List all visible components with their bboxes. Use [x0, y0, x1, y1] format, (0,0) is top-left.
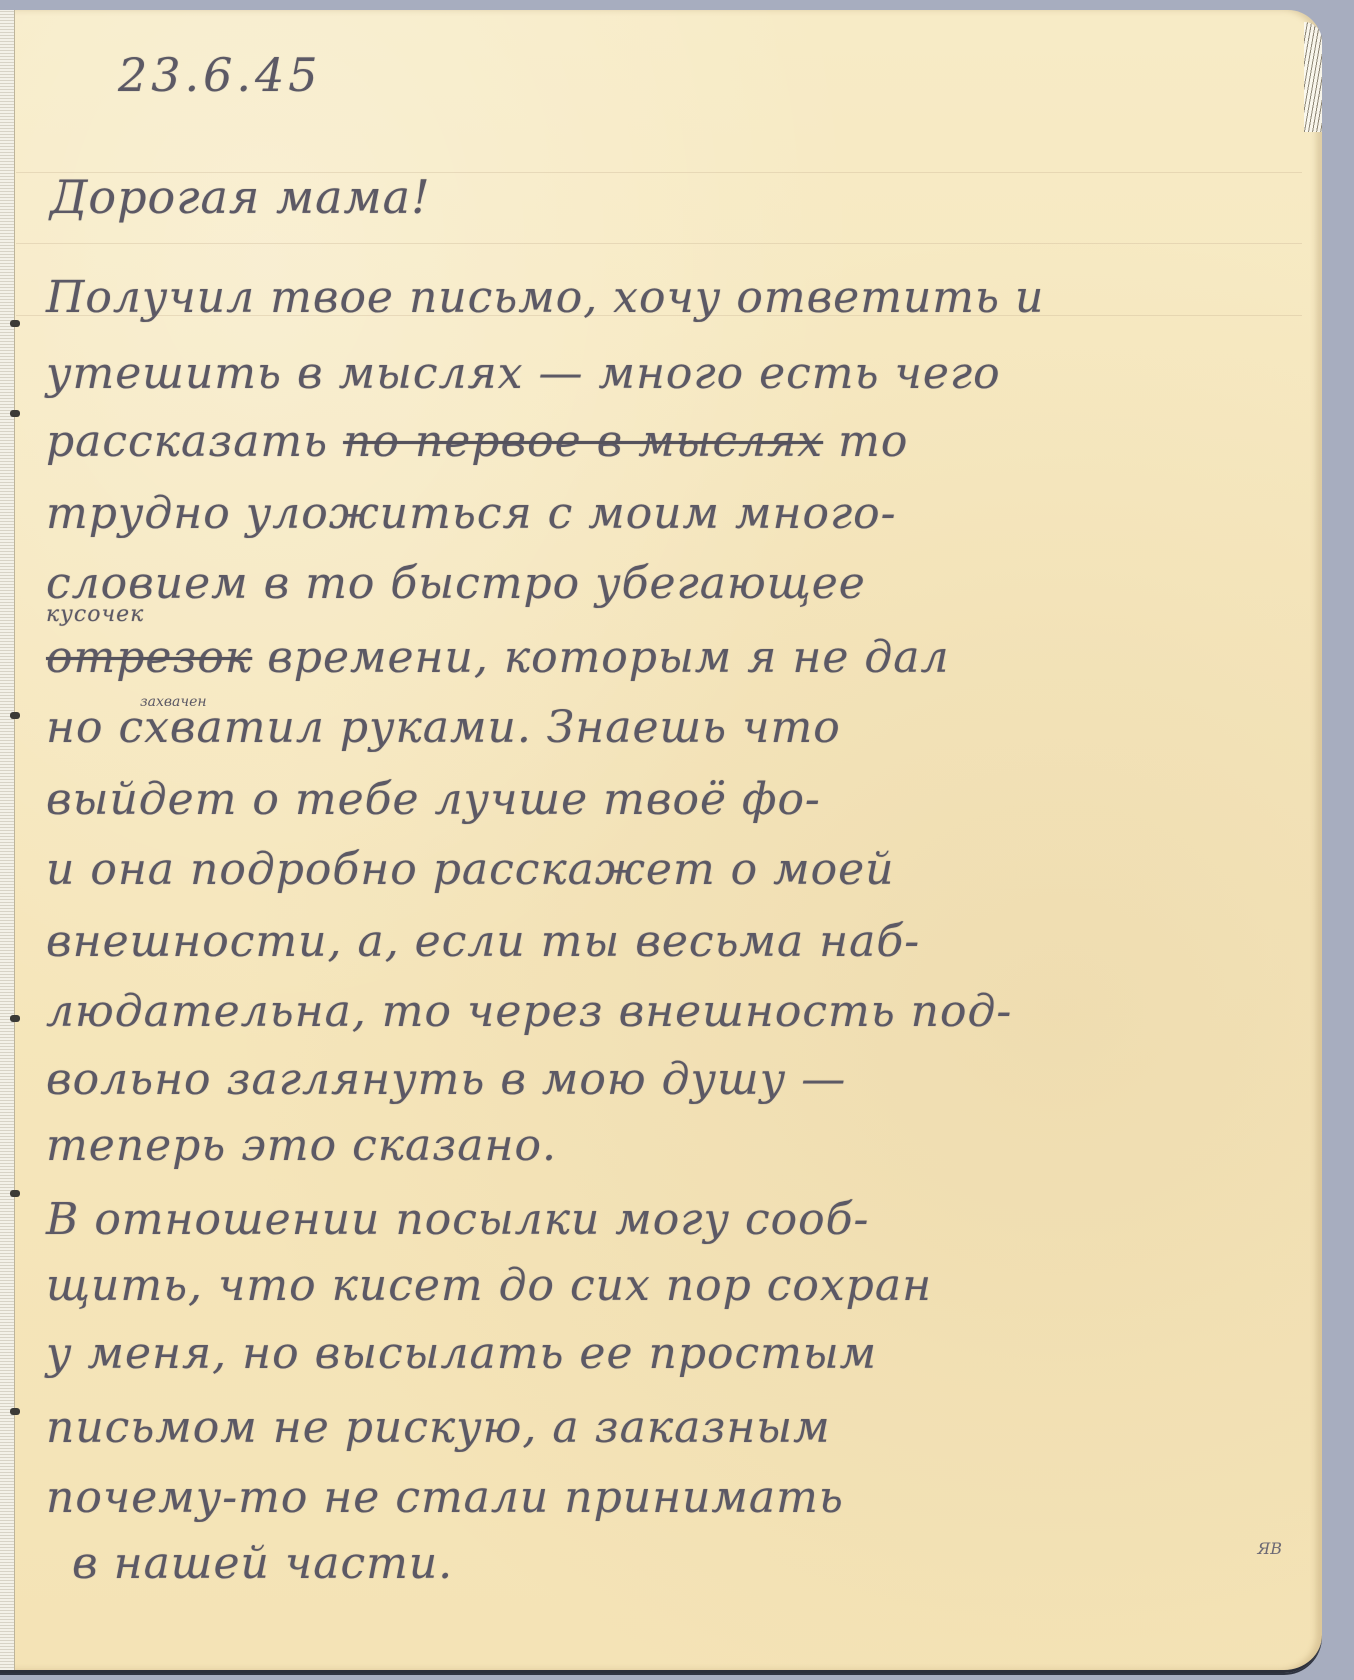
corner-mark: ЯВ [1257, 1539, 1282, 1558]
letter-line: людательна, то через внешность под- [46, 986, 1012, 1037]
letter-line: вольно заглянуть в мою душу — [46, 1054, 846, 1105]
letter-line: В отношении посылки могу сооб- [46, 1194, 869, 1245]
binding-stitch [10, 712, 20, 719]
letter-line-text: времени, которым я не дал [267, 632, 949, 683]
letter-line: у меня, но высылать ее простым [46, 1328, 877, 1379]
letter-line: выйдет о тебе лучше твоё фо- [46, 774, 821, 825]
ruled-line [16, 243, 1302, 244]
page-stack-edge [1304, 22, 1322, 132]
binding-stitch [10, 1190, 20, 1197]
letter-line: но схватил руками. Знаешь что [46, 702, 841, 753]
binding-stitch [10, 410, 20, 417]
binding-stitch [10, 320, 20, 327]
letter-line: рассказать по первое в мыслях то [46, 416, 908, 467]
inserted-word: кусочек [46, 602, 144, 627]
letter-date: 23.6.45 [118, 48, 322, 102]
letter-line: словием в то быстро убегающее [46, 558, 866, 609]
letter-line: письмом не рискую, а заказным [46, 1402, 831, 1453]
binding-stitch [10, 1015, 20, 1022]
letter-line: Получил твое письмо, хочу ответить и [46, 272, 1044, 323]
letter-line: внешности, а, если ты весьма наб- [46, 916, 920, 967]
letter-line: отрезок времени, которым я не дал [46, 632, 950, 683]
letter-line: и она подробно расскажет о моей [46, 844, 894, 895]
cloth-binding-spine [0, 10, 15, 1670]
letter-line: почему-то не стали принимать [46, 1472, 844, 1523]
letter-line: теперь это сказано. [46, 1120, 557, 1171]
binding-stitch [10, 1408, 20, 1415]
letter-line: трудно уложиться с моим много- [46, 488, 897, 539]
letter-line: щить, что кисет до сих пор сохран [46, 1260, 932, 1311]
letter-line-continuation: то [838, 416, 908, 467]
letter-greeting: Дорогая мама! [50, 170, 431, 224]
notebook-page: 23.6.45 Дорогая мама! Получил твое письм… [0, 10, 1322, 1673]
letter-line: утешить в мыслях — много есть чего [46, 348, 1001, 399]
letter-line-text: рассказать [46, 416, 328, 467]
struck-out-text: отрезок [46, 632, 252, 683]
letter-line: в нашей части. [72, 1538, 453, 1589]
struck-out-text: по первое в мыслях [343, 416, 823, 467]
